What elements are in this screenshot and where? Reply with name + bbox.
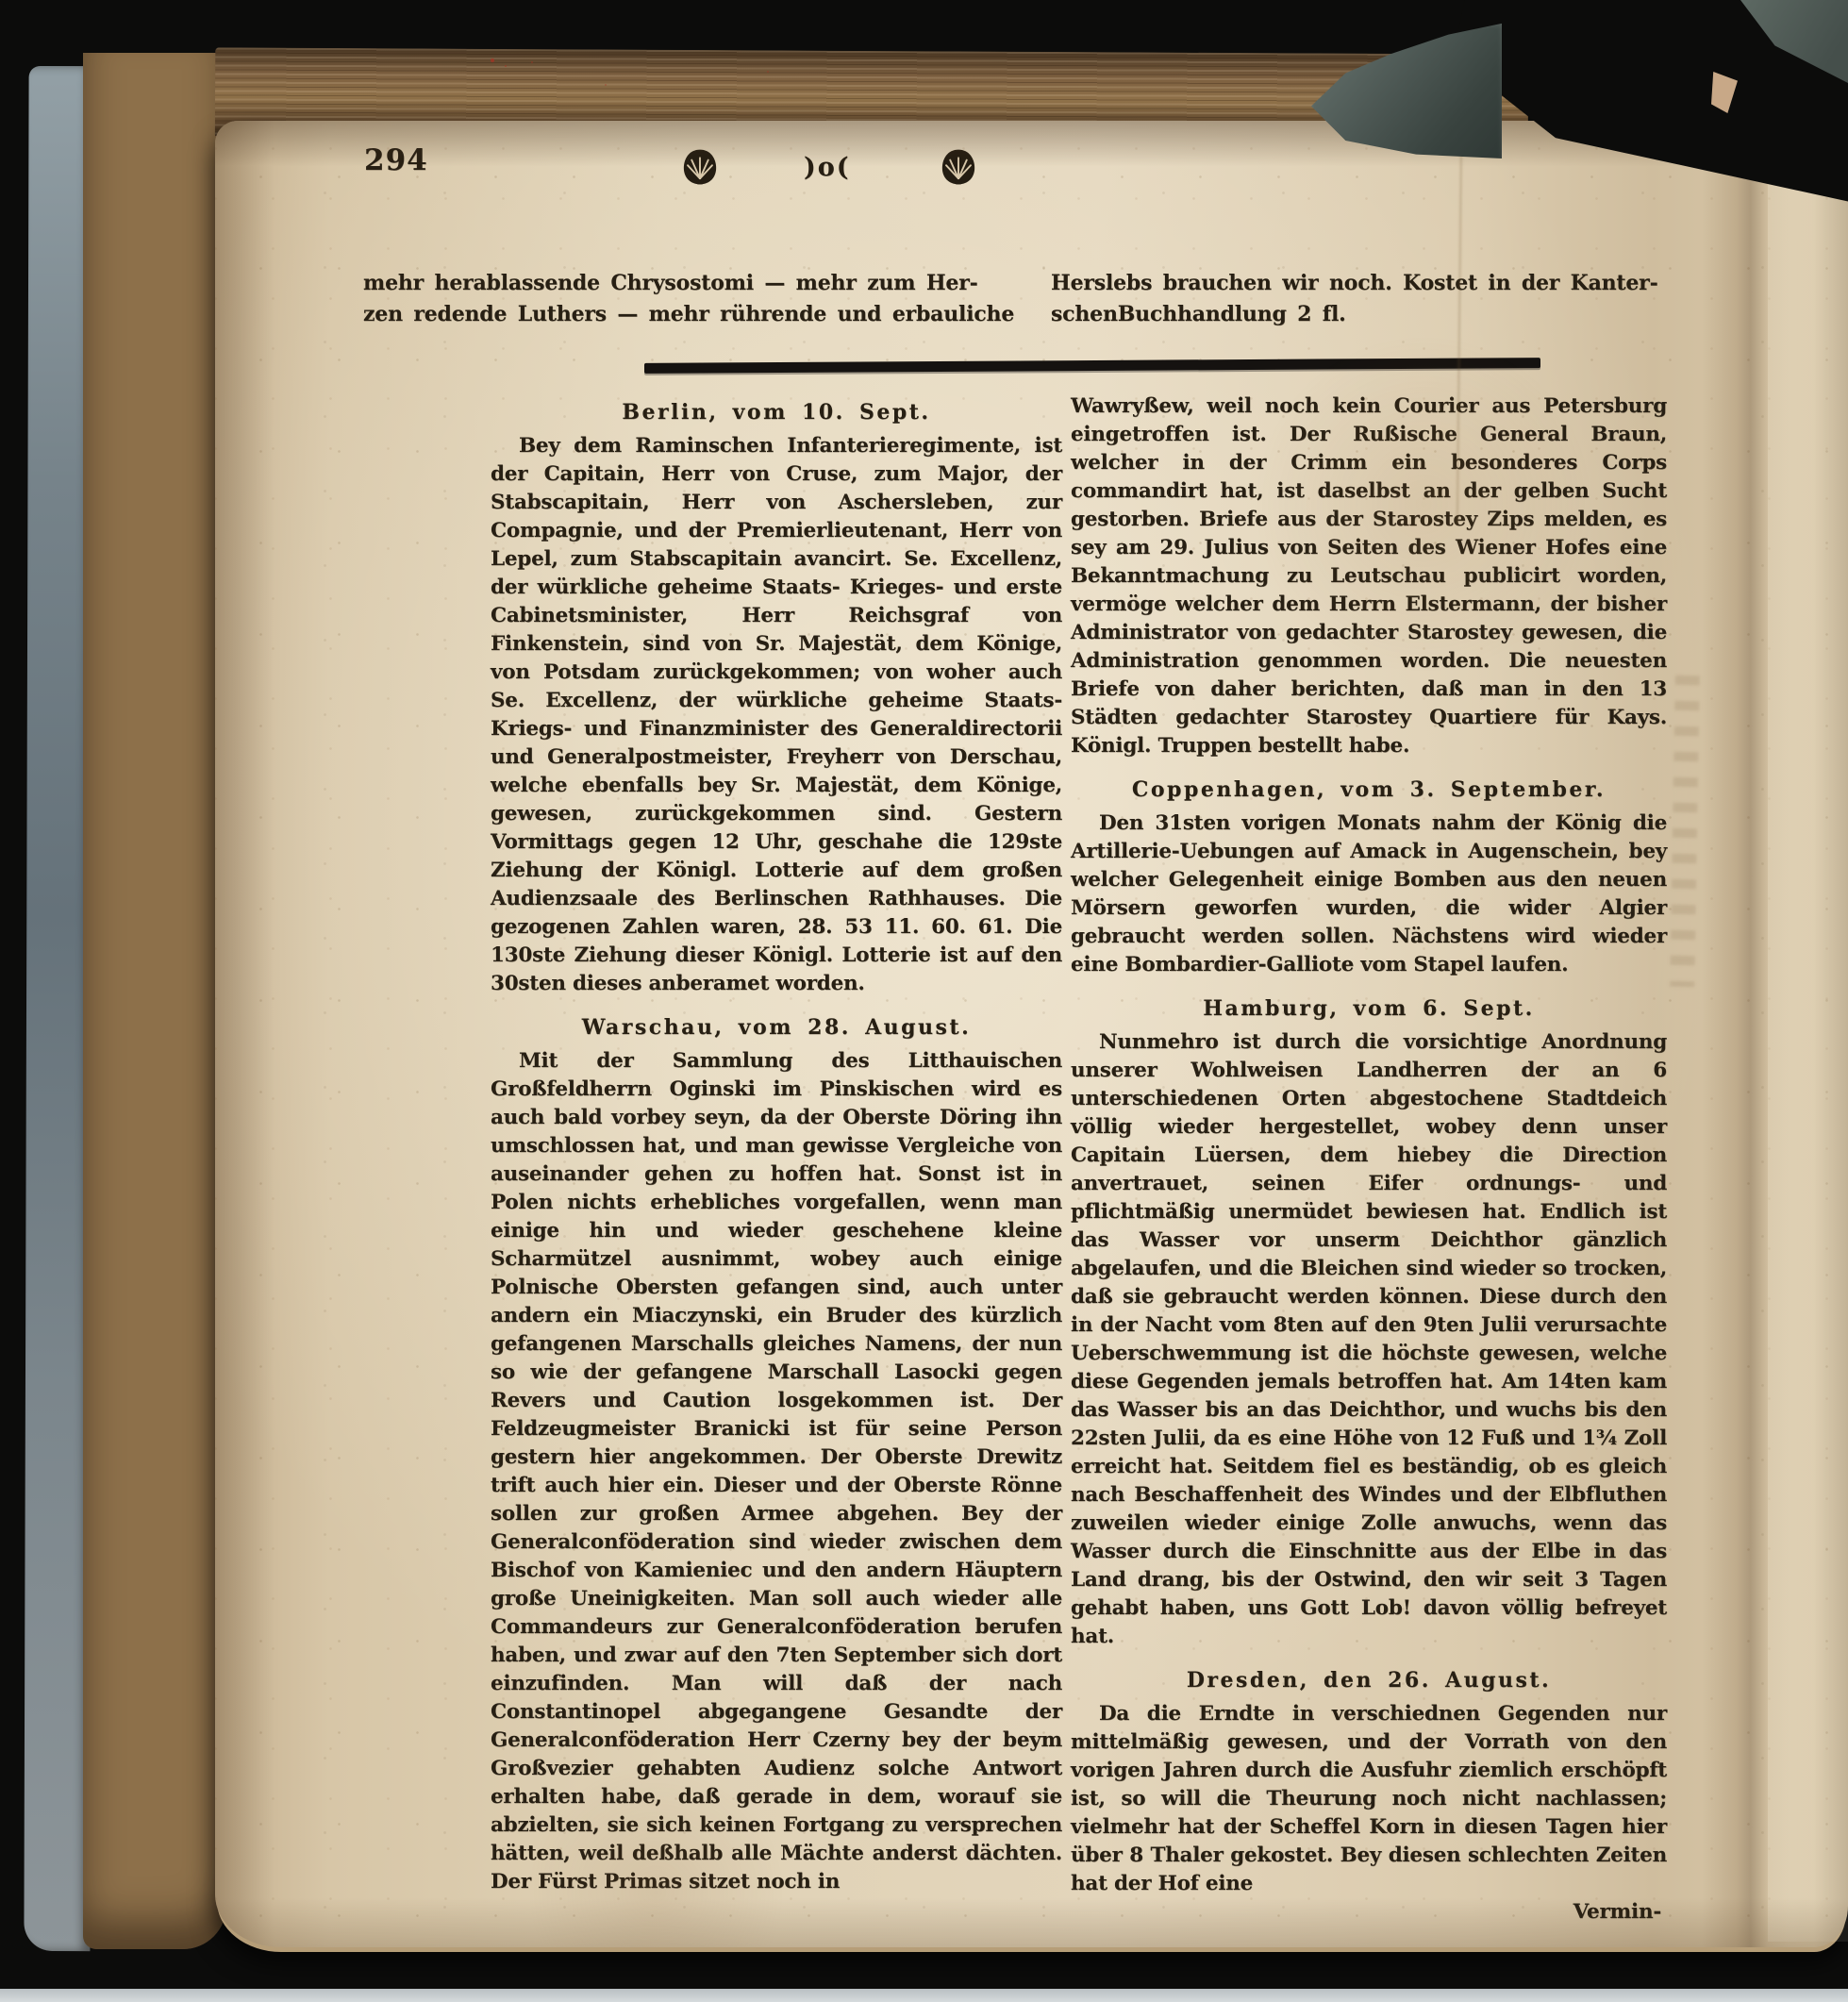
article-body-hamburg: Nunmehro ist durch die vorsichtige Anord… [1071, 1028, 1667, 1651]
article-body-berlin: Bey dem Raminschen Infanterieregimente, … [491, 432, 1062, 998]
gutter-shadow [1702, 121, 1789, 1947]
next-page-edge [1768, 177, 1848, 1942]
palmette-icon [938, 147, 979, 190]
article-heading-dresden: Dresden, den 26. August. [1071, 1666, 1667, 1694]
red-speckle-stains [491, 58, 494, 62]
article-heading-berlin: Berlin, vom 10. Sept. [491, 398, 1062, 426]
palmette-icon [679, 147, 721, 190]
catchword: Vermin- [1071, 1898, 1667, 1927]
page-surface: 294 )o( mehr herablassende [215, 121, 1848, 1947]
section-divider-rule [644, 358, 1540, 374]
text-column-left: Berlin, vom 10. Sept. Bey dem Raminschen… [491, 398, 1062, 1896]
page-number: 294 [364, 143, 428, 177]
text-column-right: Wawryßew, weil noch kein Courier aus Pet… [1071, 392, 1667, 1927]
article-heading-warschau: Warschau, vom 28. August. [491, 1013, 1062, 1042]
article-body-dresden: Da die Erndte in verschiednen Gegenden n… [1071, 1700, 1667, 1898]
separator-ornament: )o( [804, 155, 851, 180]
ink-showthrough-marks [1670, 676, 1700, 987]
page-edges-left [83, 53, 226, 1949]
book-scan: 294 )o( mehr herablassende [0, 0, 1848, 2002]
article-body-warschau: Mit der Sammlung des Litthauischen Großf… [491, 1047, 1062, 1896]
article-heading-coppenhagen: Coppenhagen, vom 3. September. [1071, 776, 1667, 804]
intro-continuation-right: Herslebs brauchen wir noch. Kostet in de… [1051, 268, 1677, 330]
article-heading-hamburg: Hamburg, vom 6. Sept. [1071, 994, 1667, 1023]
intro-continuation-left: mehr herablassende Chrysostomi — mehr zu… [363, 268, 1039, 330]
scan-bottom-strip [0, 1989, 1848, 2002]
article-body-continuation: Wawryßew, weil noch kein Courier aus Pet… [1071, 392, 1667, 760]
article-body-coppenhagen: Den 31sten vorigen Monats nahm der König… [1071, 809, 1667, 979]
